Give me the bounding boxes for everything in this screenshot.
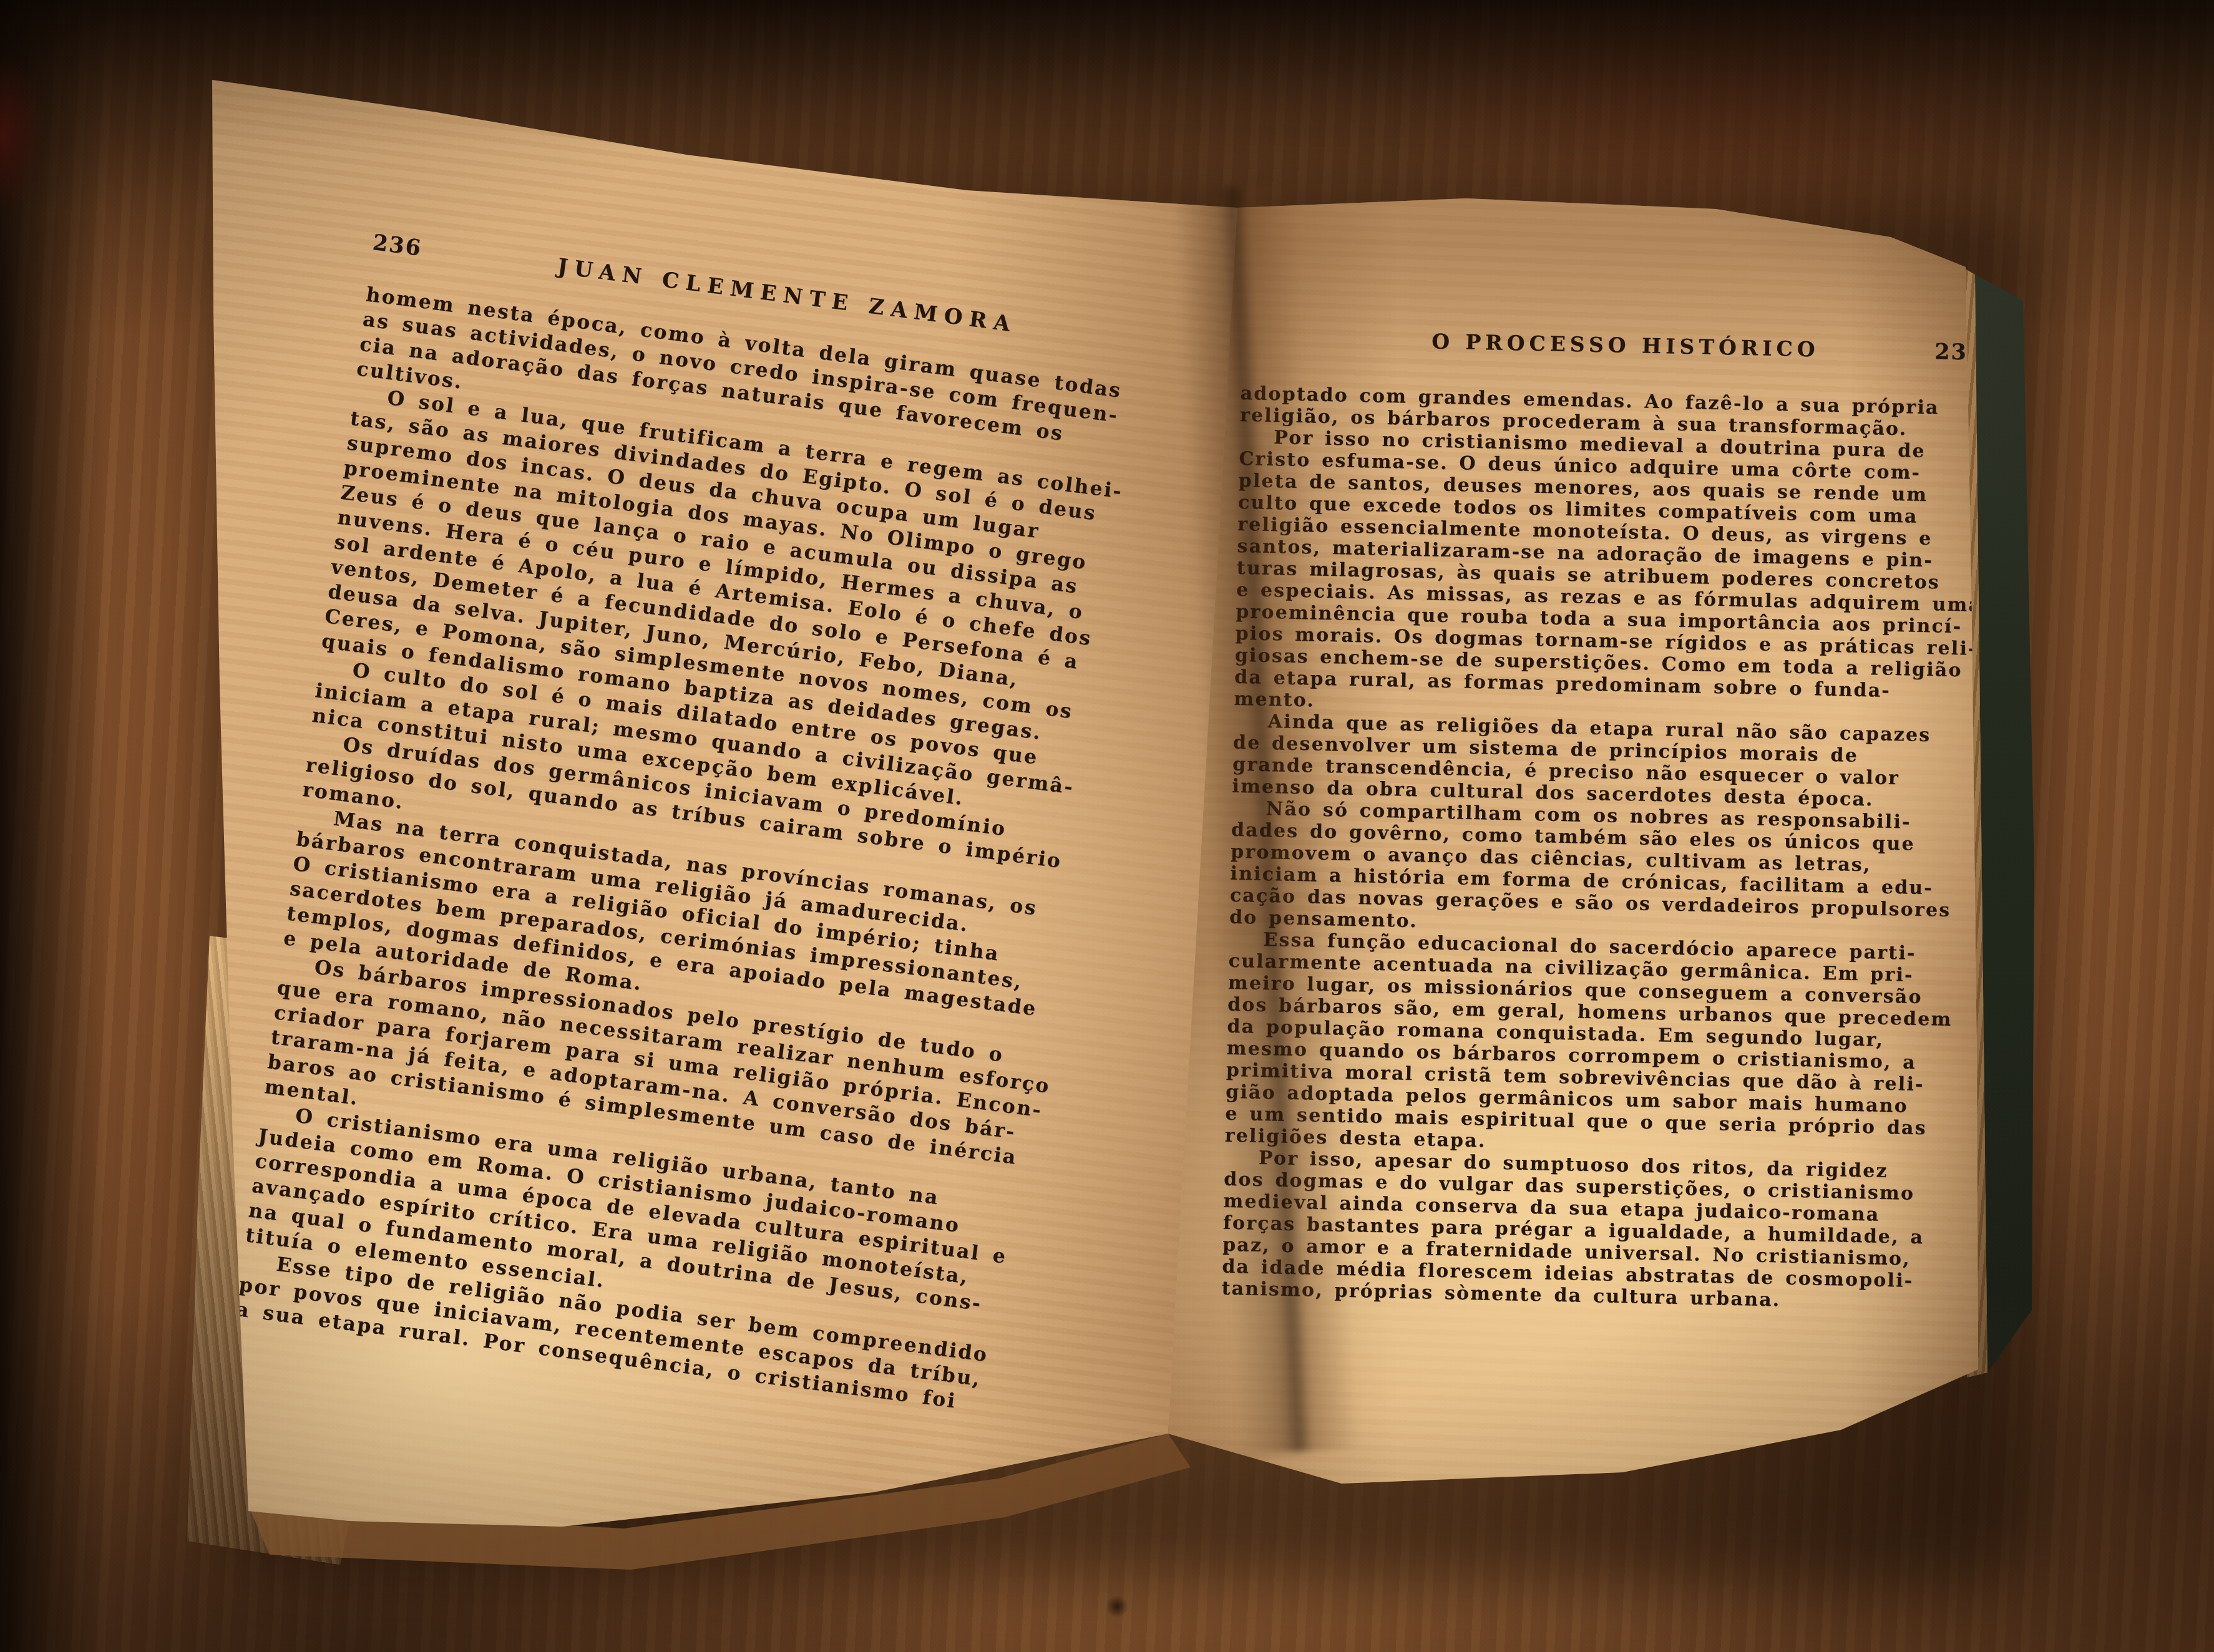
paragraph: Não só compartilham com os nobres as res… [1229,797,1974,944]
right-page-header: O PROCESSO HISTÓRICO 237 [1241,324,1984,366]
book-photograph: 236 JUAN CLEMENTE ZAMORA homem nesta épo… [0,0,2214,1652]
paragraph: Ainda que as religiões da etapa rural nã… [1232,710,1976,813]
left-page-number: 236 [371,230,424,261]
paragraph: Por isso no cristianismo medieval a dout… [1234,426,1982,726]
right-running-header: O PROCESSO HISTÓRICO [1316,327,1935,364]
left-page-text: 236 JUAN CLEMENTE ZAMORA homem nesta épo… [235,230,1197,1427]
